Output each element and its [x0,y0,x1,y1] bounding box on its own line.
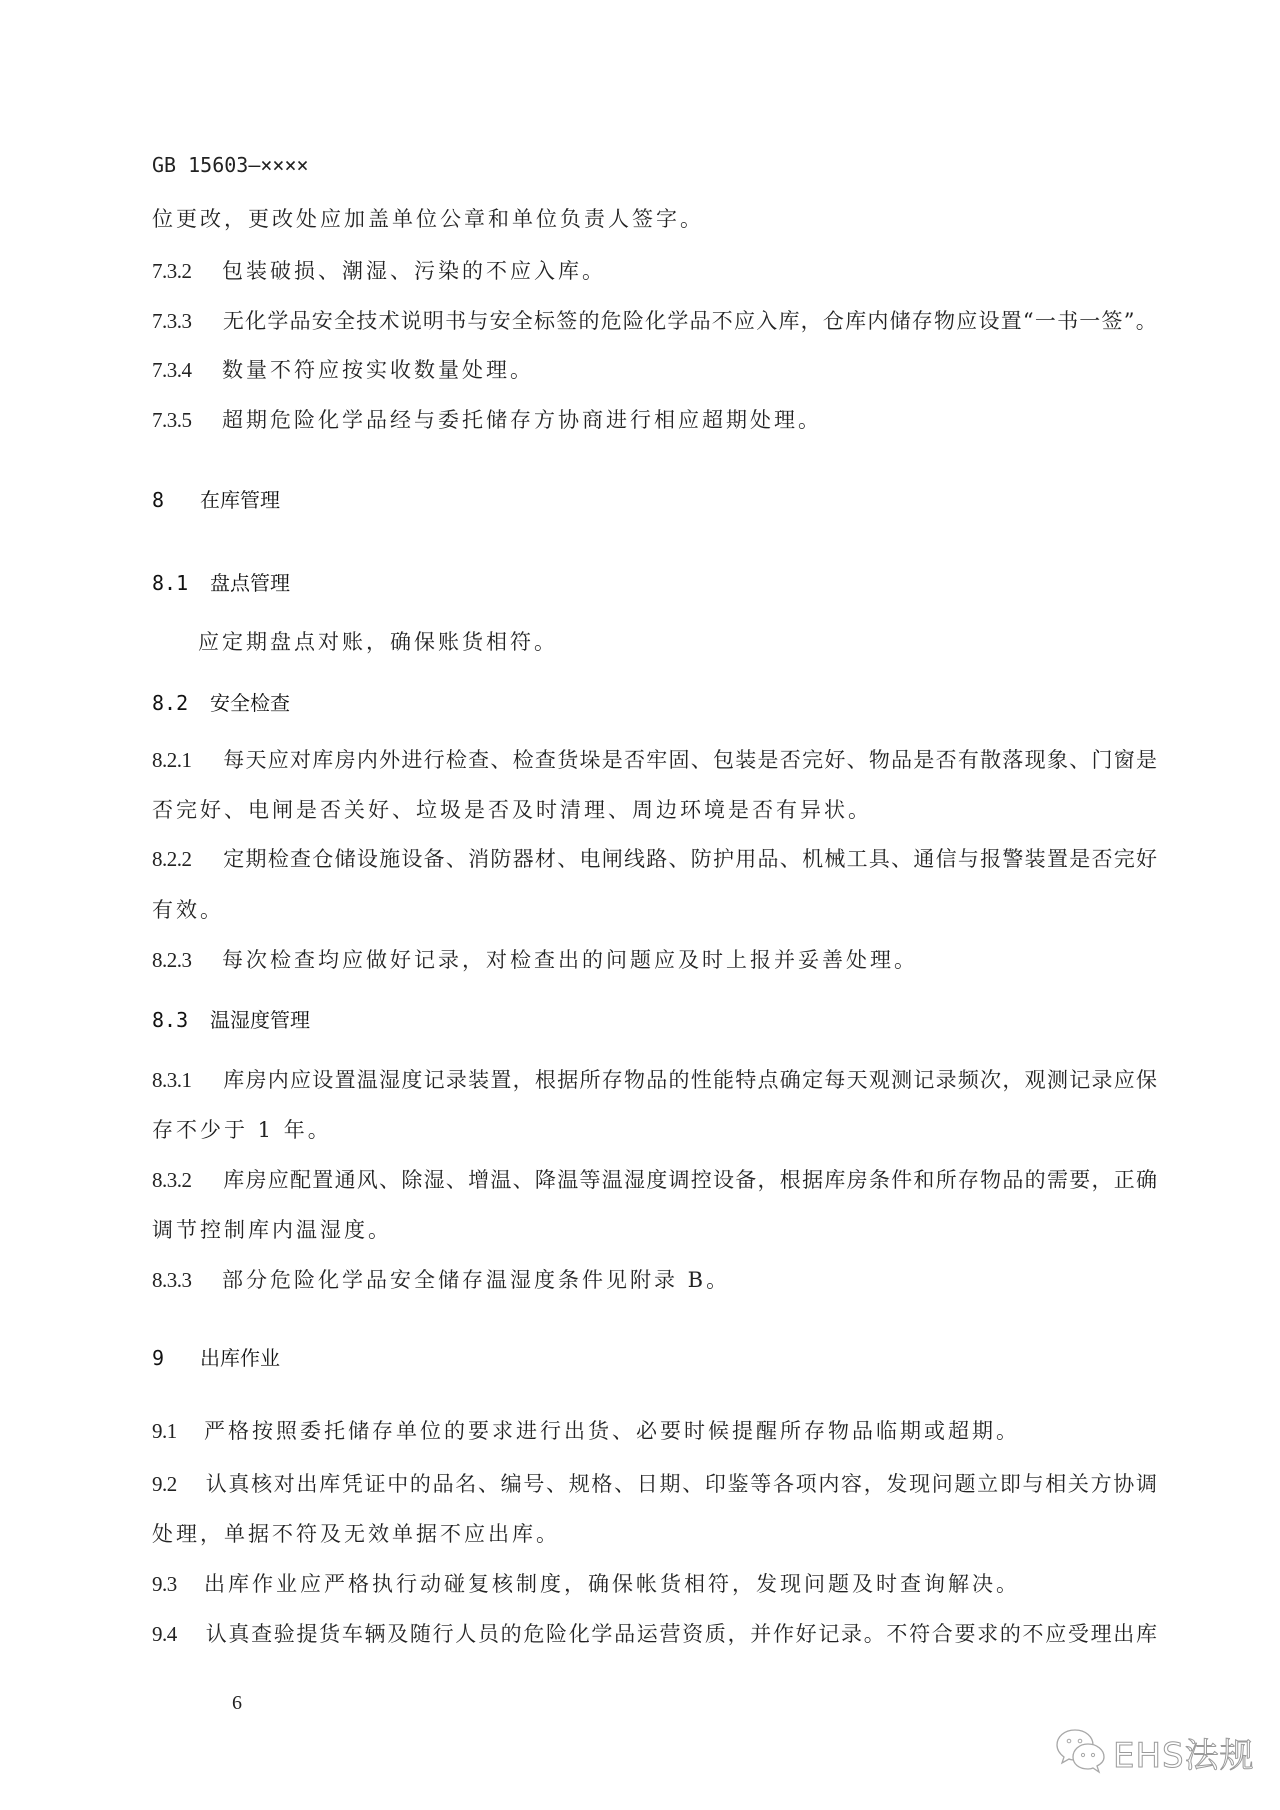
section-heading-8-2: 8.2安全检查 [152,688,290,718]
clause-text: 数量不符应按实收数量处理。 [222,358,534,382]
clause-8-3-1: 8.3.1库房内应设置温湿度记录装置，根据所存物品的性能特点确定每天观测记录频次… [152,1065,1157,1095]
section-number: 9 [152,1343,200,1373]
section-number: 8.2 [152,688,210,718]
clause-text: 库房内应设置温湿度记录装置，根据所存物品的性能特点确定每天观测记录频次，观测记录… [222,1068,1157,1092]
clause-8-3-3: 8.3.3部分危险化学品安全储存温湿度条件见附录 B。 [152,1265,1157,1295]
standard-number-header: GB 15603—×××× [152,150,1157,180]
watermark-text: EHS法规 [1113,1728,1255,1777]
section-number: 8.3 [152,1005,210,1035]
clause-text: 定期检查仓储设施设备、消防器材、电闸线路、防护用品、机械工具、通信与报警装置是否… [222,847,1157,871]
clause-8-2-1: 8.2.1每天应对库房内外进行检查、检查货垛是否牢固、包装是否完好、物品是否有散… [152,745,1157,775]
clause-text: 否完好、电闸是否关好、垃圾是否及时清理、周边环境是否有异状。 [152,798,872,822]
section-title: 安全检查 [210,691,290,715]
clause-number: 8.3.3 [152,1265,222,1295]
clause-7-3-3: 7.3.3无化学品安全技术说明书与安全标签的危险化学品不应入库，仓库内储存物应设… [152,306,1157,336]
clause-9-4: 9.4认真查验提货车辆及随行人员的危险化学品运营资质，并作好记录。不符合要求的不… [152,1619,1157,1649]
clause-text: 处理，单据不符及无效单据不应出库。 [152,1522,560,1546]
clause-text: 存不少于 1 年。 [152,1118,332,1142]
section-title: 在库管理 [200,488,280,512]
clause-8-3-2-cont: 调节控制库内温湿度。 [152,1215,1157,1245]
clause-text: 超期危险化学品经与委托储存方协商进行相应超期处理。 [222,408,822,432]
wechat-icon [1055,1726,1107,1779]
section-heading-9: 9出库作业 [152,1343,280,1373]
clause-text: 严格按照委托储存单位的要求进行出货、必要时候提醒所存物品临期或超期。 [204,1419,1020,1443]
clause-number: 9.2 [152,1469,204,1499]
clause-text: 每次检查均应做好记录，对检查出的问题应及时上报并妥善处理。 [222,948,918,972]
clause-text: 包装破损、潮湿、污染的不应入库。 [222,259,606,283]
section-title: 温湿度管理 [210,1008,310,1032]
clause-text: 无化学品安全技术说明书与安全标签的危险化学品不应入库，仓库内储存物应设置“一书一… [222,309,1157,333]
clause-8-2-1-cont: 否完好、电闸是否关好、垃圾是否及时清理、周边环境是否有异状。 [152,795,1157,825]
clause-text: 每天应对库房内外进行检查、检查货垛是否牢固、包装是否完好、物品是否有散落现象、门… [222,748,1157,772]
clause-9-2: 9.2认真核对出库凭证中的品名、编号、规格、日期、印鉴等各项内容，发现问题立即与… [152,1469,1157,1499]
document-page: GB 15603—×××× 位更改，更改处应加盖单位公章和单位负责人签字。 7.… [0,0,1280,1810]
paragraph-text: 应定期盘点对账，确保账货相符。 [198,630,558,654]
clause-9-1: 9.1严格按照委托储存单位的要求进行出货、必要时候提醒所存物品临期或超期。 [152,1416,1157,1446]
clause-9-3: 9.3出库作业应严格执行动碰复核制度，确保帐货相符，发现问题及时查询解决。 [152,1569,1157,1599]
paragraph-8-1: 应定期盘点对账，确保账货相符。 [198,627,1203,657]
clause-number: 8.2.1 [152,745,222,775]
clause-number: 7.3.4 [152,355,222,385]
clause-number: 8.3.2 [152,1165,222,1195]
watermark: EHS法规 [1055,1726,1255,1778]
clause-text: 出库作业应严格执行动碰复核制度，确保帐货相符，发现问题及时查询解决。 [204,1572,1020,1596]
section-number: 8.1 [152,568,210,598]
clause-number: 9.3 [152,1569,204,1599]
clause-number: 7.3.2 [152,256,222,286]
clause-number: 7.3.5 [152,405,222,435]
section-heading-8-1: 8.1盘点管理 [152,568,290,598]
clause-text: 认真查验提货车辆及随行人员的危险化学品运营资质，并作好记录。不符合要求的不应受理… [204,1622,1157,1646]
section-title: 盘点管理 [210,571,290,595]
clause-number: 7.3.3 [152,306,222,336]
clause-number: 8.2.3 [152,945,222,975]
clause-7-3-5: 7.3.5超期危险化学品经与委托储存方协商进行相应超期处理。 [152,405,1157,435]
clause-8-2-3: 8.2.3每次检查均应做好记录，对检查出的问题应及时上报并妥善处理。 [152,945,1157,975]
clause-text: 部分危险化学品安全储存温湿度条件见附录 B。 [222,1268,730,1292]
clause-8-3-1-cont: 存不少于 1 年。 [152,1115,1157,1145]
clause-7-3-2: 7.3.2包装破损、潮湿、污染的不应入库。 [152,256,1157,286]
clause-number: 9.1 [152,1416,204,1446]
clause-8-2-2: 8.2.2定期检查仓储设施设备、消防器材、电闸线路、防护用品、机械工具、通信与报… [152,844,1157,874]
clause-8-2-2-cont: 有效。 [152,895,1157,925]
page-number: 6 [232,1692,242,1715]
paragraph-text: 位更改，更改处应加盖单位公章和单位负责人签字。 [152,207,704,231]
clause-number: 9.4 [152,1619,204,1649]
clause-9-2-cont: 处理，单据不符及无效单据不应出库。 [152,1519,1157,1549]
clause-8-3-2: 8.3.2库房应配置通风、除湿、增温、降温等温湿度调控设备，根据库房条件和所存物… [152,1165,1157,1195]
section-heading-8: 8在库管理 [152,485,280,515]
clause-text: 有效。 [152,898,224,922]
section-number: 8 [152,485,200,515]
section-heading-8-3: 8.3温湿度管理 [152,1005,310,1035]
paragraph-line: 位更改，更改处应加盖单位公章和单位负责人签字。 [152,204,1157,234]
section-title: 出库作业 [200,1346,280,1370]
clause-7-3-4: 7.3.4数量不符应按实收数量处理。 [152,355,1157,385]
clause-number: 8.2.2 [152,844,222,874]
clause-number: 8.3.1 [152,1065,222,1095]
clause-text: 调节控制库内温湿度。 [152,1218,392,1242]
clause-text: 库房应配置通风、除湿、增温、降温等温湿度调控设备，根据库房条件和所存物品的需要，… [222,1168,1157,1192]
clause-text: 认真核对出库凭证中的品名、编号、规格、日期、印鉴等各项内容，发现问题立即与相关方… [204,1472,1157,1496]
